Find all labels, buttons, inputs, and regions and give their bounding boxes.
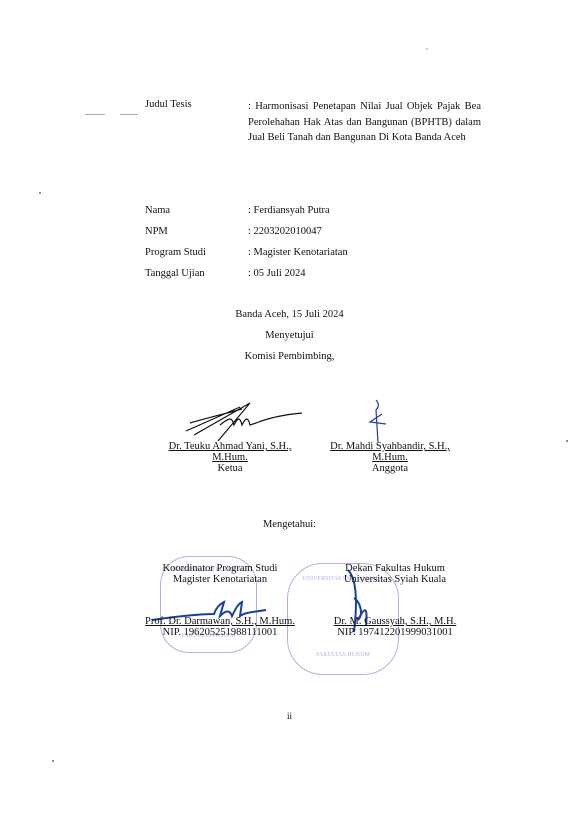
thesis-title-label: Judul Tesis [145,99,192,110]
supervisor-chair: Dr. Teuku Ahmad Yani, S.H., M.Hum. Ketua [160,441,300,474]
scan-artifact [566,440,568,442]
committee-heading: Komisi Pembimbing, [0,351,579,362]
field-value-npm: : 2203202010047 [248,226,322,237]
field-label-program: Program Studi [145,247,206,258]
dean-name: Dr. M. Gaussyah, S.H., M.H. [315,616,475,627]
supervisor-chair-title: M.Hum. [160,452,300,463]
field-value-name: : Ferdiansyah Putra [248,205,330,216]
dean-title-1: Dekan Fakultas Hukum [315,563,475,574]
scan-artifact [52,760,54,762]
supervisor-member-name: Dr. Mahdi Syahbandir, S.H., [320,441,460,452]
coordinator-title-2: Magister Kenotariatan [140,574,300,585]
scan-artifact [426,48,428,50]
supervisor-member-title: M.Hum. [320,452,460,463]
supervisor-chair-name: Dr. Teuku Ahmad Yani, S.H., [160,441,300,452]
field-value-exam-date: : 05 Juli 2024 [248,268,305,279]
dean-nip: NIP. 197412201999031001 [315,627,475,638]
scan-artifact [39,192,41,194]
page-number: ii [0,711,579,721]
dean-title-2: Universitas Syiah Kuala [315,574,475,585]
signature-chair [180,395,305,445]
official-coordinator: Koordinator Program Studi Magister Kenot… [140,563,300,638]
stamp-text-bottom: FAKULTAS HUKUM [288,652,398,658]
thesis-title-value: : Harmonisasi Penetapan Nilai Jual Objek… [248,99,481,146]
acknowledged-heading: Mengetahui: [0,519,579,530]
place-date: Banda Aceh, 15 Juli 2024 [0,309,579,320]
supervisor-member-role: Anggota [320,463,460,474]
supervisor-member: Dr. Mahdi Syahbandir, S.H., M.Hum. Anggo… [320,441,460,474]
approval-heading: Menyetujui [0,330,579,341]
field-label-npm: NPM [145,226,168,237]
scan-artifact [120,114,138,115]
signature-member [360,398,400,443]
field-label-name: Nama [145,205,170,216]
scan-artifact [85,114,105,115]
supervisor-chair-role: Ketua [160,463,300,474]
coordinator-nip: NIP. 196205251988111001 [140,627,300,638]
official-dean: Dekan Fakultas Hukum Universitas Syiah K… [315,563,475,638]
field-label-exam-date: Tanggal Ujian [145,268,205,279]
field-value-program: : Magister Kenotariatan [248,247,348,258]
coordinator-name: Prof. Dr. Darmawan, S.H., M.Hum. [140,616,300,627]
coordinator-title-1: Koordinator Program Studi [140,563,300,574]
